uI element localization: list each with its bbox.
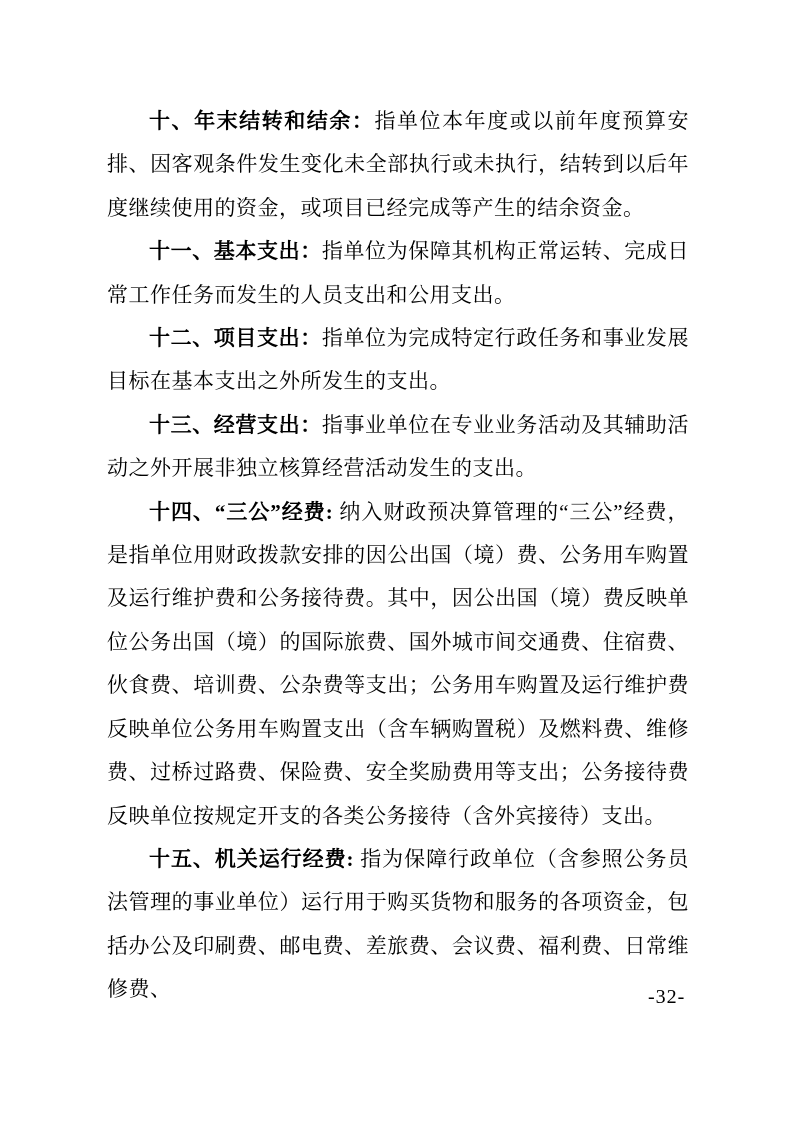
document-body: 十、年末结转和结余：指单位本年度或以前年度预算安排、因客观条件发生变化未全部执行…	[107, 100, 689, 1012]
paragraph-12-project-expenditure: 十二、项目支出：指单位为完成特定行政任务和事业发展目标在基本支出之外所发生的支出…	[107, 317, 689, 404]
paragraph-14-heading: 十四、“三公”经费:	[149, 500, 339, 524]
paragraph-11-basic-expenditure: 十一、基本支出：指单位为保障其机构正常运转、完成日常工作任务而发生的人员支出和公…	[107, 230, 689, 317]
paragraph-13-heading: 十三、经营支出：	[149, 413, 322, 437]
paragraph-13-operating-expenditure: 十三、经营支出：指事业单位在专业业务活动及其辅助活动之外开展非独立核算经营活动发…	[107, 404, 689, 491]
paragraph-12-heading: 十二、项目支出：	[149, 326, 322, 350]
document-page: 十、年末结转和结余：指单位本年度或以前年度预算安排、因客观条件发生变化未全部执行…	[0, 0, 794, 1122]
paragraph-14-text: 纳入财政预决算管理的“三公”经费，是指单位用财政拨款安排的因公出国（境）费、公务…	[107, 500, 689, 828]
paragraph-10-heading: 十、年末结转和结余：	[149, 109, 374, 133]
paragraph-15-heading: 十五、机关运行经费:	[149, 847, 360, 871]
paragraph-15-agency-operating-funds: 十五、机关运行经费: 指为保障行政单位（含参照公务员法管理的事业单位）运行用于购…	[107, 838, 689, 1012]
paragraph-10-year-end-carryover: 十、年末结转和结余：指单位本年度或以前年度预算安排、因客观条件发生变化未全部执行…	[107, 100, 689, 230]
paragraph-11-heading: 十一、基本支出：	[149, 239, 322, 263]
page-number: -32-	[648, 986, 685, 1009]
paragraph-14-three-public-funds: 十四、“三公”经费: 纳入财政预决算管理的“三公”经费，是指单位用财政拨款安排的…	[107, 491, 689, 838]
